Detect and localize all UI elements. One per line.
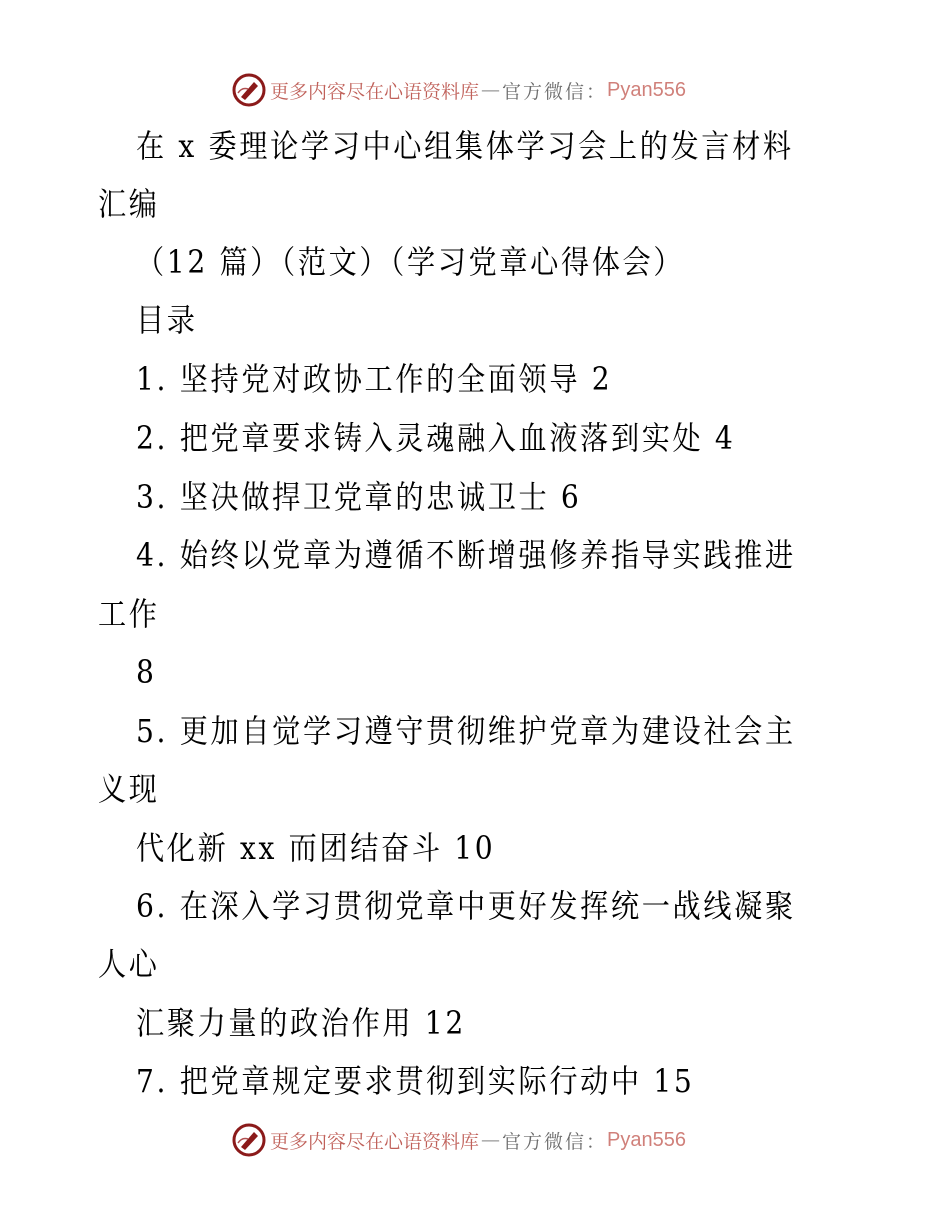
toc-item-4-line2: 工作 (98, 594, 848, 634)
toc-heading: 目录 (136, 300, 852, 340)
toc-item-5-line3: 代化新 xx 而团结奋斗 10 (136, 828, 852, 868)
pen-nib-logo-icon (232, 73, 266, 107)
toc-item-4-page: 8 (136, 652, 852, 692)
document-subtitle: （12 篇）（范文）（学习党章心得体会） (136, 242, 852, 282)
toc-item-6-line2: 人心 (98, 944, 848, 984)
toc-item-2: 2. 把党章要求铸入灵魂融入血液落到实处 4 (136, 418, 852, 458)
watermark-wechat-id: Pyan556 (607, 1129, 686, 1152)
watermark-wechat-id: Pyan556 (607, 79, 686, 102)
toc-item-7: 7. 把党章规定要求贯彻到实际行动中 15 (136, 1061, 852, 1101)
toc-item-3: 3. 坚决做捍卫党章的忠诚卫士 6 (136, 477, 852, 517)
watermark-banner-top: 更多内容尽在心语资料库 — 官方微信： Pyan556 (232, 70, 686, 110)
toc-item-5-line2: 义现 (98, 769, 848, 809)
toc-item-6-line3: 汇聚力量的政治作用 12 (136, 1003, 852, 1043)
document-title-line2: 汇编 (98, 184, 848, 224)
watermark-official-label: 官方微信： (502, 77, 607, 104)
toc-item-4-line1: 4. 始终以党章为遵循不断增强修养指导实践推进 (136, 535, 852, 575)
document-title-line1: 在 x 委理论学习中心组集体学习会上的发言材料 (136, 126, 852, 166)
watermark-separator: — (481, 1129, 500, 1151)
watermark-site-text: 更多内容尽在心语资料库 (270, 77, 479, 104)
toc-item-6-line1: 6. 在深入学习贯彻党章中更好发挥统一战线凝聚 (136, 886, 852, 926)
watermark-banner-bottom: 更多内容尽在心语资料库 — 官方微信： Pyan556 (232, 1120, 686, 1160)
pen-nib-logo-icon (232, 1123, 266, 1157)
watermark-official-label: 官方微信： (502, 1127, 607, 1154)
toc-item-1: 1. 坚持党对政协工作的全面领导 2 (136, 359, 852, 399)
toc-item-5-line1: 5. 更加自觉学习遵守贯彻维护党章为建设社会主 (136, 711, 852, 751)
watermark-site-text: 更多内容尽在心语资料库 (270, 1127, 479, 1154)
watermark-separator: — (481, 79, 500, 101)
